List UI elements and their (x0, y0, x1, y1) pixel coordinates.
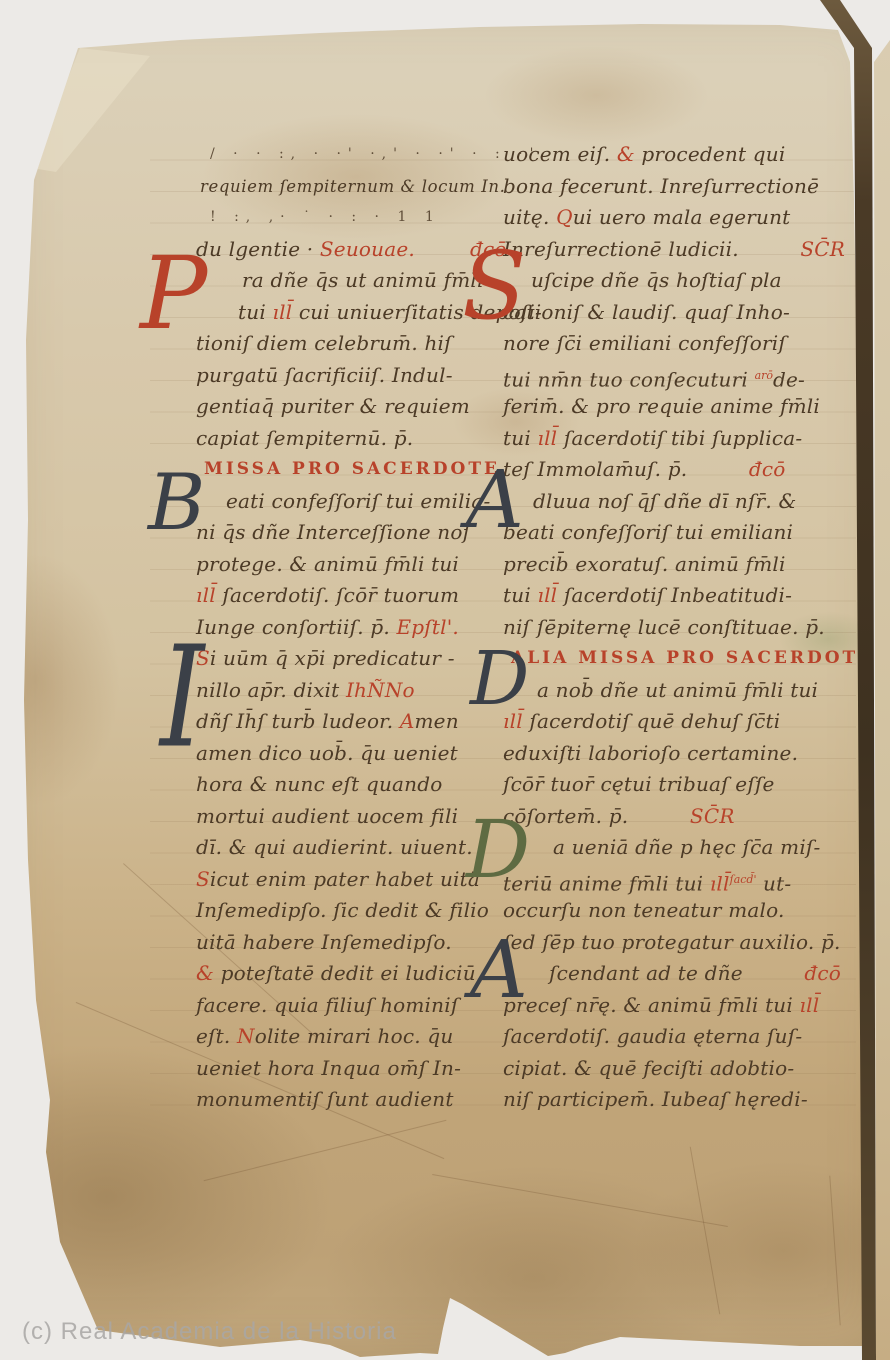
text-line: precib̄ exoratuſ. animū fm̄li (503, 549, 869, 581)
ink-text: ſacerdotiſ tibi ſupplica- (557, 426, 802, 450)
text-line: teſ Immolam̄uſ. p̄. đcō (503, 454, 869, 486)
ink-text: ni q̄s dñe Interceſſione noſ (196, 520, 470, 544)
drop-cap-initial-S: S (462, 240, 526, 334)
text-line: uocem eiſ. & procedent qui (503, 139, 869, 171)
rubricated-text: & (617, 142, 635, 166)
text-line: dluua noſ q̄ſ dñe dī nſr̄. & (503, 486, 869, 518)
crease-line (690, 1147, 721, 1315)
ink-text: icut enim pater habet uitā (210, 867, 480, 891)
ink-text: procedent qui (635, 142, 786, 166)
ink-text: de- (773, 367, 805, 391)
text-line: ni q̄s dñe Interceſſione noſ (196, 517, 496, 549)
text-line: ſacerdotiſ. gaudia ęterna ſuſ- (503, 1021, 869, 1053)
neume-row: ! :, ,· ˙ · : · 1 1 (196, 202, 496, 234)
ink-text: dñſ Ih̄ſ turb̄ ludeor. (196, 709, 400, 733)
ink-text: ui uero mala egerunt (573, 205, 791, 229)
text-line: bona fecerunt. Inreſurrectionē (503, 171, 869, 203)
drop-cap-initial-D: D (470, 642, 529, 716)
ink-text: niſ participem̄. Iubeaſ hęredi- (503, 1087, 808, 1111)
rubricated-text: SC̄R (690, 804, 735, 828)
text-line: requiem ſempiternum & locum In. (196, 171, 496, 203)
text-line: ſcendant ad te dñe đcō (503, 958, 869, 990)
ink-text: Iunge conſortiiſ. p̄. (196, 615, 396, 639)
ink-text: poteſtatē dedit ei ludiciū (214, 961, 476, 985)
ink-text: olite mirari hoc. q̄u (255, 1024, 454, 1048)
rubricated-text: ſacd̄' (730, 873, 757, 886)
ink-text: uocem eiſ. (503, 142, 617, 166)
rubricated-text: ıll̄ (196, 583, 216, 607)
ink-text: ſcōr̄ tuor̄ cętui tribuaſ eſſe (503, 772, 775, 796)
text-line: nillo ap̄r. dixit IhÑNo (196, 675, 496, 707)
drop-cap-initial-A: A (470, 930, 528, 1010)
text-line: niſ participem̄. Iubeaſ hęredi- (503, 1084, 869, 1116)
text-line: a ueniā dñe p hęc ſc̄a miſ- (503, 832, 869, 864)
ink-text: men (415, 709, 459, 733)
drop-cap-initial-I: I (160, 628, 204, 768)
rubricated-text: SC̄R (800, 237, 845, 261)
text-line: ıll̄ ſacerdotiſ. ſcōr̄ tuorum (196, 580, 496, 612)
rubricated-text: arō (755, 369, 773, 382)
crease-line (204, 1120, 447, 1181)
ink-text: purgatū ſacrificiiſ. Indul- (196, 363, 453, 387)
ink-text: monumentiſ ſunt audient (196, 1087, 454, 1111)
ink-text: mortui audient uocem fili (196, 804, 458, 828)
text-line: amen dico uob̄. q̄u ueniet (196, 738, 496, 770)
ink-text: tui (503, 583, 537, 607)
text-line: tui ıll̄ cui uniuerſitatis depoſi- (196, 297, 496, 329)
crease-line (829, 1176, 840, 1326)
rubricated-text: đcō (804, 961, 841, 985)
text-line: capiat ſempiternū. p̄. (196, 423, 496, 455)
ink-text: i uūm q̄ xp̄i predicatur - (210, 646, 455, 670)
text-line: protege. & animū fm̄li tui (196, 549, 496, 581)
rubricated-text: ıll̄ (537, 426, 557, 450)
text-line: Inſemedipſo. ſic dedit & filio (196, 895, 496, 927)
text-line: dñſ Ih̄ſ turb̄ ludeor. Amen (196, 706, 496, 738)
rubricated-text: IhÑNo (346, 678, 415, 702)
ink-text: facere. quia filiuſ hominiſ (196, 993, 458, 1017)
text-line: niſ ſēpiternę lucē conſtituae. p̄. (503, 612, 869, 644)
ink-text: ſacerdotiſ. gaudia ęterna ſuſ- (503, 1024, 802, 1048)
text-line: Inreſurrectionē ludicii. SC̄R (503, 234, 869, 266)
rubricated-text: Q (556, 205, 573, 229)
text-line: tui ıll̄ ſacerdotiſ tibi ſupplica- (503, 423, 869, 455)
text-line: eſt. Nolite mirari hoc. q̄u (196, 1021, 496, 1053)
text-line: hora & nunc eſt quando (196, 769, 496, 801)
rubricated-text: ıll̄ (800, 993, 820, 1017)
ink-text: uſcipe dñe q̄s hoſtiaſ pla (531, 268, 782, 292)
text-line: uitę. Qui uero mala egerunt (503, 202, 869, 234)
text-line: nore ſc̄i emiliani confeſſoriſ (503, 328, 869, 360)
text-line: mortui audient uocem fili (196, 801, 496, 833)
parchment-page: / · · :, · ·' ·,' · ·' · : ·'requiem ſem… (0, 0, 890, 1360)
ink-text: MISSA PRO SACERDOTE. (204, 459, 509, 479)
ink-text: eſt. (196, 1024, 237, 1048)
text-line: tioniſ diem celebrum̄. hiſ (196, 328, 496, 360)
text-line: cationiſ & laudiſ. quaſ Inho- (503, 297, 869, 329)
ink-text: uitę. (503, 205, 556, 229)
ink-text: tui (503, 426, 537, 450)
ink-text: niſ ſēpiternę lucē conſtituae. p̄. (503, 615, 825, 639)
rubric-line: ALIA MISSA PRO SACERDOTE. (503, 643, 869, 675)
ink-text: dī. & qui audierint. uiuent. (196, 835, 473, 859)
drop-cap-initial-P: P (140, 244, 207, 344)
text-line: & poteſtatē dedit ei ludiciū (196, 958, 496, 990)
ink-text: eduxiſti laborioſo certamine. (503, 741, 798, 765)
ink-text: hora & nunc eſt quando (196, 772, 443, 796)
text-line: Sicut enim pater habet uitā (196, 864, 496, 896)
rubricated-text: Epſtl'. (396, 615, 459, 639)
ink-text: ſed ſēp tuo protegatur auxilio. p̄. (503, 930, 841, 954)
text-line: ueniet hora Inqua om̄ſ In- (196, 1053, 496, 1085)
rubricated-text: ıll̄ (537, 583, 557, 607)
rubricated-text: & (196, 961, 214, 985)
ink-text: Inreſurrectionē ludicii. (503, 237, 745, 261)
text-line: eati confeſſoriſ tui emilia- (196, 486, 496, 518)
text-line: du lgentie · Seuouae.đcō (196, 234, 496, 266)
ink-text: capiat ſempiternū. p̄. (196, 426, 413, 450)
text-line: ſed ſēp tuo protegatur auxilio. p̄. (503, 927, 869, 959)
neume-row: / · · :, · ·' ·,' · ·' · : ·' (196, 139, 496, 171)
rubricated-text: ıll̄ (710, 871, 730, 895)
text-line: tui ıll̄ ſacerdotiſ Inbeatitudi- (503, 580, 869, 612)
ink-text: tui nm̄n tuo conſecuturi (503, 367, 755, 391)
ink-text: ſacerdotiſ quē dehuſ ſc̄ti (523, 709, 781, 733)
drop-cap-initial-B: B (148, 464, 205, 542)
text-line: ıll̄ ſacerdotiſ quē dehuſ ſc̄ti (503, 706, 869, 738)
ink-text: precib̄ exoratuſ. animū fm̄li (503, 552, 786, 576)
ink-text: tioniſ diem celebrum̄. hiſ (196, 331, 452, 355)
text-line: teriū anime fm̄li tui ıll̄ſacd̄' ut- (503, 864, 869, 896)
rubricated-text: N (237, 1024, 255, 1048)
rubricated-text: S (196, 867, 210, 891)
ink-text: a ueniā dñe p hęc ſc̄a miſ- (553, 835, 820, 859)
ink-text: tui (238, 300, 272, 324)
text-line: occurſu non teneatur malo. (503, 895, 869, 927)
text-line: cipiat. & quē feciſti adobtio- (503, 1053, 869, 1085)
ink-text: eati confeſſoriſ tui emilia- (226, 489, 490, 513)
rubricated-text: A (400, 709, 415, 733)
ink-text: amen dico uob̄. q̄u ueniet (196, 741, 458, 765)
ink-text: cipiat. & quē feciſti adobtio- (503, 1056, 794, 1080)
ink-text: uitā habere Inſemedipſo. (196, 930, 452, 954)
text-line: a nob̄ dñe ut animū fm̄li tui (503, 675, 869, 707)
ink-text: ueniet hora Inqua om̄ſ In- (196, 1056, 461, 1080)
ink-text: bona fecerunt. Inreſurrectionē (503, 174, 819, 198)
ink-text: dluua noſ q̄ſ dñe dī nſr̄. & (533, 489, 796, 513)
manuscript-photo-backdrop: / · · :, · ·' ·,' · ·' · : ·'requiem ſem… (0, 0, 890, 1360)
column-left: / · · :, · ·' ·,' · ·' · : ·'requiem ſem… (196, 139, 496, 1116)
text-line: gentiaq̄ puriter & requiem (196, 391, 496, 423)
ink-text: a nob̄ dñe ut animū fm̄li tui (537, 678, 818, 702)
ink-text: cationiſ & laudiſ. quaſ Inho- (503, 300, 790, 324)
text-line: beati confeſſoriſ tui emiliani (503, 517, 869, 549)
text-line: purgatū ſacrificiiſ. Indul- (196, 360, 496, 392)
text-line: ſcōr̄ tuor̄ cętui tribuaſ eſſe (503, 769, 869, 801)
ink-text: nillo ap̄r. dixit (196, 678, 346, 702)
ink-text: ſacerdotiſ Inbeatitudi- (557, 583, 792, 607)
ink-text: ra dñe q̄s ut animū fm̄li (242, 268, 484, 292)
ink-text: occurſu non teneatur malo. (503, 898, 785, 922)
ink-text: teriū anime fm̄li tui (503, 871, 710, 895)
ink-text: requiem ſempiternum & locum In. (200, 177, 505, 196)
ink-text: du lgentie · (196, 237, 320, 261)
ink-text: teſ Immolam̄uſ. p̄. (503, 457, 694, 481)
column-right: uocem eiſ. & procedent quibona fecerunt.… (503, 139, 869, 1116)
ink-text: beati confeſſoriſ tui emiliani (503, 520, 793, 544)
ink-text: ! :, ,· ˙ · : · 1 1 (210, 209, 441, 225)
ink-text: gentiaq̄ puriter & requiem (196, 394, 470, 418)
text-line: uſcipe dñe q̄s hoſtiaſ pla (503, 265, 869, 297)
copyright-watermark: (c) Real Academia de la Historia (22, 1318, 442, 1346)
ink-text: ferim̄. & pro requie anime fm̄li (503, 394, 820, 418)
rubricated-text: đcō (749, 457, 786, 481)
text-line: Iunge conſortiiſ. p̄. Epſtl'. (196, 612, 496, 644)
text-line: eduxiſti laborioſo certamine. (503, 738, 869, 770)
drop-cap-initial-D: D (466, 810, 530, 890)
text-line: cōſortem̄. p̄. SC̄R (503, 801, 869, 833)
text-line: dī. & qui audierint. uiuent. (196, 832, 496, 864)
ink-text: ſacerdotiſ. ſcōr̄ tuorum (216, 583, 459, 607)
ink-text: protege. & animū fm̄li tui (196, 552, 459, 576)
rubricated-text: Seuouae. (320, 237, 415, 261)
text-line: monumentiſ ſunt audient (196, 1084, 496, 1116)
ink-text: ut- (756, 871, 791, 895)
text-line: uitā habere Inſemedipſo. (196, 927, 496, 959)
ink-text: ALIA MISSA PRO SACERDOTE. (511, 648, 883, 668)
text-line: preceſ nr̄ę. & animū fm̄li tui ıll̄ (503, 990, 869, 1022)
ink-text: nore ſc̄i emiliani confeſſoriſ (503, 331, 786, 355)
text-line: facere. quia filiuſ hominiſ (196, 990, 496, 1022)
ink-text: ſcendant ad te dñe (549, 961, 749, 985)
ink-text: / · · :, · ·' ·,' · ·' · : ·' (210, 146, 540, 162)
text-line: ra dñe q̄s ut animū fm̄li (196, 265, 496, 297)
drop-cap-initial-A: A (466, 460, 524, 540)
text-line: Si uūm q̄ xp̄i predicatur - (196, 643, 496, 675)
text-line: tui nm̄n tuo conſecuturi arōde- (503, 360, 869, 392)
ink-text: Inſemedipſo. ſic dedit & filio (196, 898, 489, 922)
crease-line (432, 1174, 728, 1227)
ink-text: preceſ nr̄ę. & animū fm̄li tui (503, 993, 800, 1017)
rubricated-text: ıll̄ (272, 300, 292, 324)
rubric-line: MISSA PRO SACERDOTE. (196, 454, 496, 486)
text-line: ferim̄. & pro requie anime fm̄li (503, 391, 869, 423)
